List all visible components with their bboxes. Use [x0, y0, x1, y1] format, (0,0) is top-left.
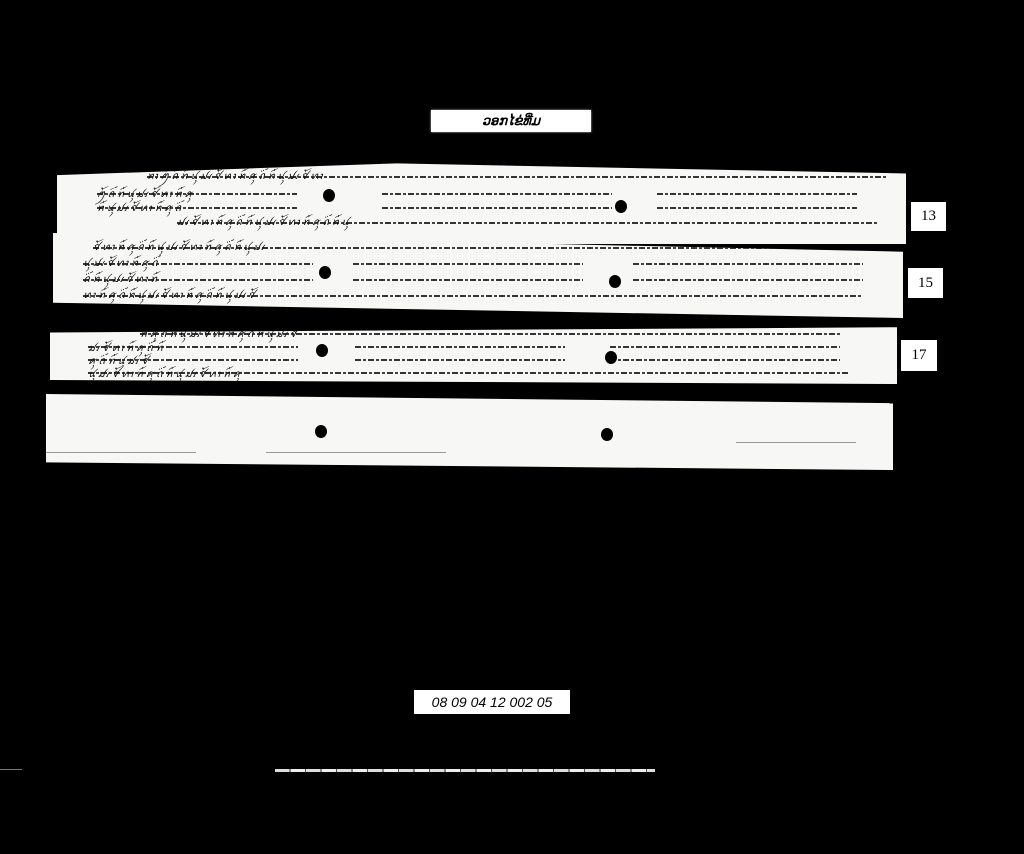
- binding-hole: [601, 428, 613, 441]
- palm-leaf-page-15: ꪥꪳ ꪕꪱ ꪀꪸ ꪁꪴ ꪒꪾ ꪀꪸ ꪙꪴ ꪣꪹ ꪥꪳ ꪕꪱ ꪀꪸ ꪁꪴ ꪒꪾ ꪀ…: [53, 233, 903, 318]
- leaf-mark: [736, 442, 856, 443]
- script-line: [83, 295, 863, 297]
- binding-hole: [316, 344, 328, 357]
- script-line: [88, 372, 848, 374]
- palm-leaf-page-13: ꪀꪱ ꪑꪳ ꪒꪾ ꪀꪸ ꪙꪴ ꪣꪹ ꪥꪳ ꪕꪱ ꪀꪸ ꪁꪴ ꪒꪾ ꪀꪸ ꪙꪴ ꪣ…: [57, 160, 906, 244]
- script-line: [382, 193, 612, 195]
- binding-hole: [323, 189, 335, 202]
- script-line: [83, 263, 313, 265]
- script-line: [97, 193, 297, 195]
- edge-mark: [0, 769, 22, 770]
- palm-leaf-page-17: ꪀꪸ ꪁꪴ ꪒꪾ ꪀꪸ ꪙꪴ ꪣꪹ ꪥꪳ ꪕꪱ ꪀꪸ ꪁꪴ ꪒꪾ ꪀꪸ ꪙꪴ ꪣ…: [50, 318, 897, 384]
- script-line: [147, 176, 887, 178]
- binding-hole: [605, 351, 617, 364]
- script-line: [140, 333, 840, 335]
- script-line: [610, 359, 840, 361]
- leaf-mark: [46, 452, 196, 453]
- catalog-code-label: 08 09 04 12 002 05: [414, 690, 570, 714]
- script-line: [97, 207, 297, 209]
- script-line: [633, 263, 863, 265]
- script-line: [88, 346, 298, 348]
- manuscript-title-label: ວອກໄຂ່ທີ່ມ: [431, 110, 591, 132]
- script-line: [382, 207, 612, 209]
- script-line: [353, 263, 583, 265]
- page-number-label: 15: [908, 268, 943, 298]
- page-number-label: 17: [901, 340, 937, 371]
- binding-hole: [615, 200, 627, 213]
- binding-hole: [315, 425, 327, 438]
- bottom-edge-strip: [275, 769, 655, 772]
- script-line: [177, 222, 877, 224]
- script-line: [610, 346, 840, 348]
- leaf-mark: [266, 452, 446, 453]
- script-line: [657, 207, 857, 209]
- page-number-label: 13: [911, 202, 946, 231]
- palm-leaf-blank: [46, 394, 893, 470]
- script-line: [355, 346, 565, 348]
- script-line: [657, 193, 857, 195]
- script-line: [353, 279, 583, 281]
- script-line: [355, 359, 565, 361]
- script-line: [83, 279, 313, 281]
- binding-hole: [609, 275, 621, 288]
- script-line: [93, 247, 873, 249]
- script-line: [88, 359, 298, 361]
- binding-hole: [319, 266, 331, 279]
- leaf-text-line: ꪙꪴ ꪣꪹ ꪥꪳ ꪕꪱ ꪀꪸ ꪁꪴ ꪒꪾ ꪀꪸ ꪙꪴ ꪣꪹ ꪥꪳ ꪕꪱ ꪀꪸ ꪁ…: [88, 364, 240, 384]
- script-line: [633, 279, 863, 281]
